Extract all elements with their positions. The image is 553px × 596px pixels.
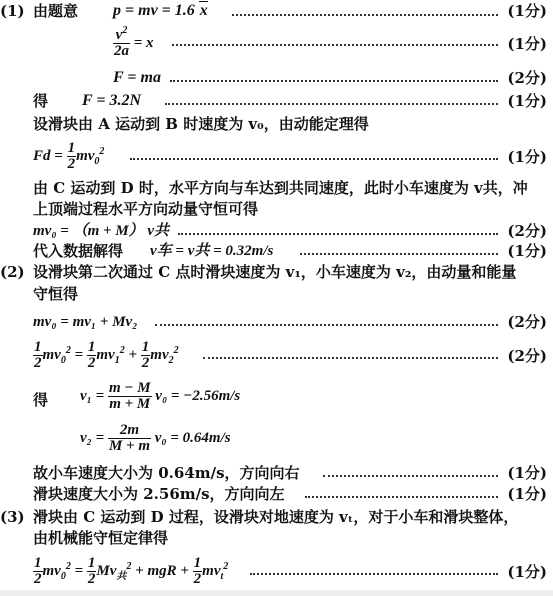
dotted-leader bbox=[300, 251, 498, 255]
part1-intro: 由题意 bbox=[33, 2, 78, 20]
score: (1分) bbox=[507, 563, 547, 581]
dotted-leader bbox=[250, 571, 498, 575]
part2-eq3-prefix: 得 bbox=[33, 391, 48, 409]
dotted-leader bbox=[130, 156, 498, 160]
part2-eq2: 12mv02 = 12mv12 + 12mv22 bbox=[33, 340, 179, 371]
part1-eq3: F = ma bbox=[113, 69, 161, 87]
score: (1分) bbox=[507, 35, 547, 53]
part3-label: (3) bbox=[0, 508, 25, 526]
part1-text2a: 由 C 运动到 D 时，水平方向与车达到共同速度，此时小车速度为 v共，冲 bbox=[33, 179, 528, 197]
dotted-leader bbox=[178, 231, 498, 235]
part3-text1b: 由机械能守恒定律得 bbox=[33, 529, 168, 547]
part2-label: (2) bbox=[0, 263, 25, 281]
dotted-leader bbox=[323, 473, 498, 477]
result-prefix: 得 bbox=[33, 92, 48, 110]
part1-eq1: p = mv = 1.6 x bbox=[113, 2, 208, 20]
score: (1分) bbox=[507, 92, 547, 110]
part1-eq5: mv₀ = （m + M） v共 bbox=[33, 222, 169, 240]
part1-eq2: v22a = x bbox=[113, 28, 154, 59]
part1-text2b: 上顶端过程水平方向动量守恒可得 bbox=[33, 200, 258, 218]
score: (1分) bbox=[507, 464, 547, 482]
dotted-leader bbox=[203, 355, 498, 359]
part3-text1a: 滑块由 C 运动到 D 过程，设滑块对地速度为 vₜ，对于小车和滑块整体， bbox=[33, 508, 518, 526]
part1-eq4: Fd = 12mv02 bbox=[33, 141, 104, 172]
dotted-leader bbox=[155, 322, 498, 326]
part3-eq1: 12mv02 = 12Mv共2 + mgR + 12mvt2 bbox=[33, 556, 228, 587]
dotted-leader bbox=[170, 78, 498, 82]
part2-concl1: 故小车速度大小为 0.64m/s，方向向右 bbox=[33, 464, 300, 482]
score: (1分) bbox=[507, 148, 547, 166]
part2-text1a: 设滑块第二次通过 C 点时滑块速度为 v₁，小车速度为 v₂，由动量和能量 bbox=[33, 263, 516, 281]
score: (1分) bbox=[507, 242, 547, 260]
score: (2分) bbox=[507, 313, 547, 331]
dotted-leader bbox=[305, 494, 498, 498]
part2-concl2: 滑块速度大小为 2.56m/s，方向向左 bbox=[33, 485, 285, 503]
part1-text1: 设滑块由 A 运动到 B 时速度为 v₀，由动能定理得 bbox=[33, 115, 369, 133]
score: (2分) bbox=[507, 222, 547, 240]
dotted-leader bbox=[232, 12, 498, 16]
part2-eq4: v₂ = 2mM + m v₀ = 0.64m/s bbox=[80, 423, 231, 454]
page-bottom-edge bbox=[0, 590, 553, 596]
dotted-leader bbox=[172, 42, 498, 46]
part1-eq6-prefix: 代入数据解得 bbox=[33, 242, 123, 260]
score: (1分) bbox=[507, 485, 547, 503]
part2-eq1: mv₀ = mv₁ + Mv₂ bbox=[33, 313, 137, 331]
part2-eq3: v₁ = m − Mm + M v₀ = −2.56m/s bbox=[80, 381, 240, 412]
part2-text1b: 守恒得 bbox=[33, 285, 78, 303]
score: (2分) bbox=[507, 69, 547, 87]
dotted-leader bbox=[165, 101, 498, 105]
part1-eq6: v车 = v共 = 0.32m/s bbox=[150, 242, 273, 260]
score: (2分) bbox=[507, 347, 547, 365]
score: (1分) bbox=[507, 2, 547, 20]
part1-label: (1) bbox=[0, 2, 25, 20]
part1-result: F = 3.2N bbox=[82, 92, 141, 110]
